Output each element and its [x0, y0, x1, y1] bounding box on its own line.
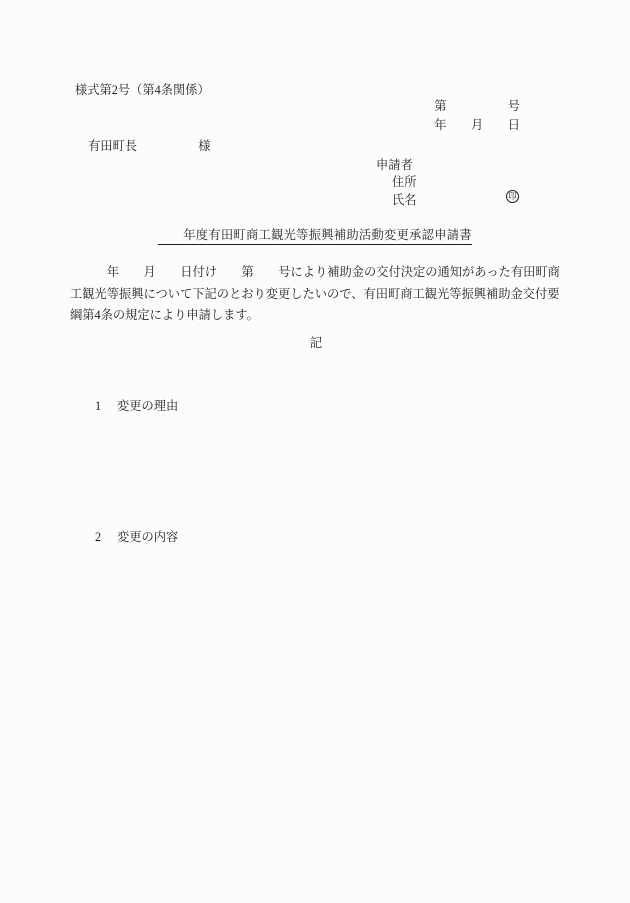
- note-heading: 記: [70, 337, 562, 349]
- form-style-label: 様式第2号（第4条関係）: [75, 84, 210, 96]
- paragraph-line: 年 月 日付け 第 号により補助金の交付決定の通知があった有田町商: [70, 262, 570, 284]
- title-blank-prefix: [158, 228, 183, 242]
- application-form-page: 様式第2号（第4条関係） 第 号 年 月 日 有田町長 様 申請者 住所 氏名 …: [0, 0, 630, 903]
- paragraph-line: 工観光等振興について下記のとおり変更したいので、有田町商工観光等振興補助金交付要: [70, 284, 570, 306]
- item-label: 変更の内容: [117, 530, 178, 544]
- document-date-line: 年 月 日: [434, 119, 520, 131]
- document-title-underline: 年度有田町商工観光等振興補助活動変更承認申請書: [158, 229, 472, 245]
- list-item-change-content: 2変更の内容: [95, 531, 178, 543]
- seal-icon: 印: [506, 190, 519, 203]
- applicant-name-label: 氏名: [392, 194, 417, 206]
- document-title-row: 年度有田町商工観光等振興補助活動変更承認申請書: [0, 229, 630, 245]
- body-paragraph: 年 月 日付け 第 号により補助金の交付決定の通知があった有田町商 工観光等振興…: [70, 262, 570, 327]
- item-label: 変更の理由: [117, 399, 178, 413]
- addressee-line: 有田町長 様: [88, 140, 211, 152]
- list-item-change-reason: 1変更の理由: [95, 400, 178, 412]
- paragraph-line: 綱第4条の規定により申請します。: [70, 305, 570, 327]
- item-number: 2: [95, 531, 117, 543]
- applicant-label: 申請者: [376, 159, 413, 171]
- document-number-line: 第 号: [434, 100, 520, 112]
- applicant-address-label: 住所: [392, 176, 417, 188]
- item-number: 1: [95, 400, 117, 412]
- document-title: 年度有田町商工観光等振興補助活動変更承認申請書: [183, 228, 472, 242]
